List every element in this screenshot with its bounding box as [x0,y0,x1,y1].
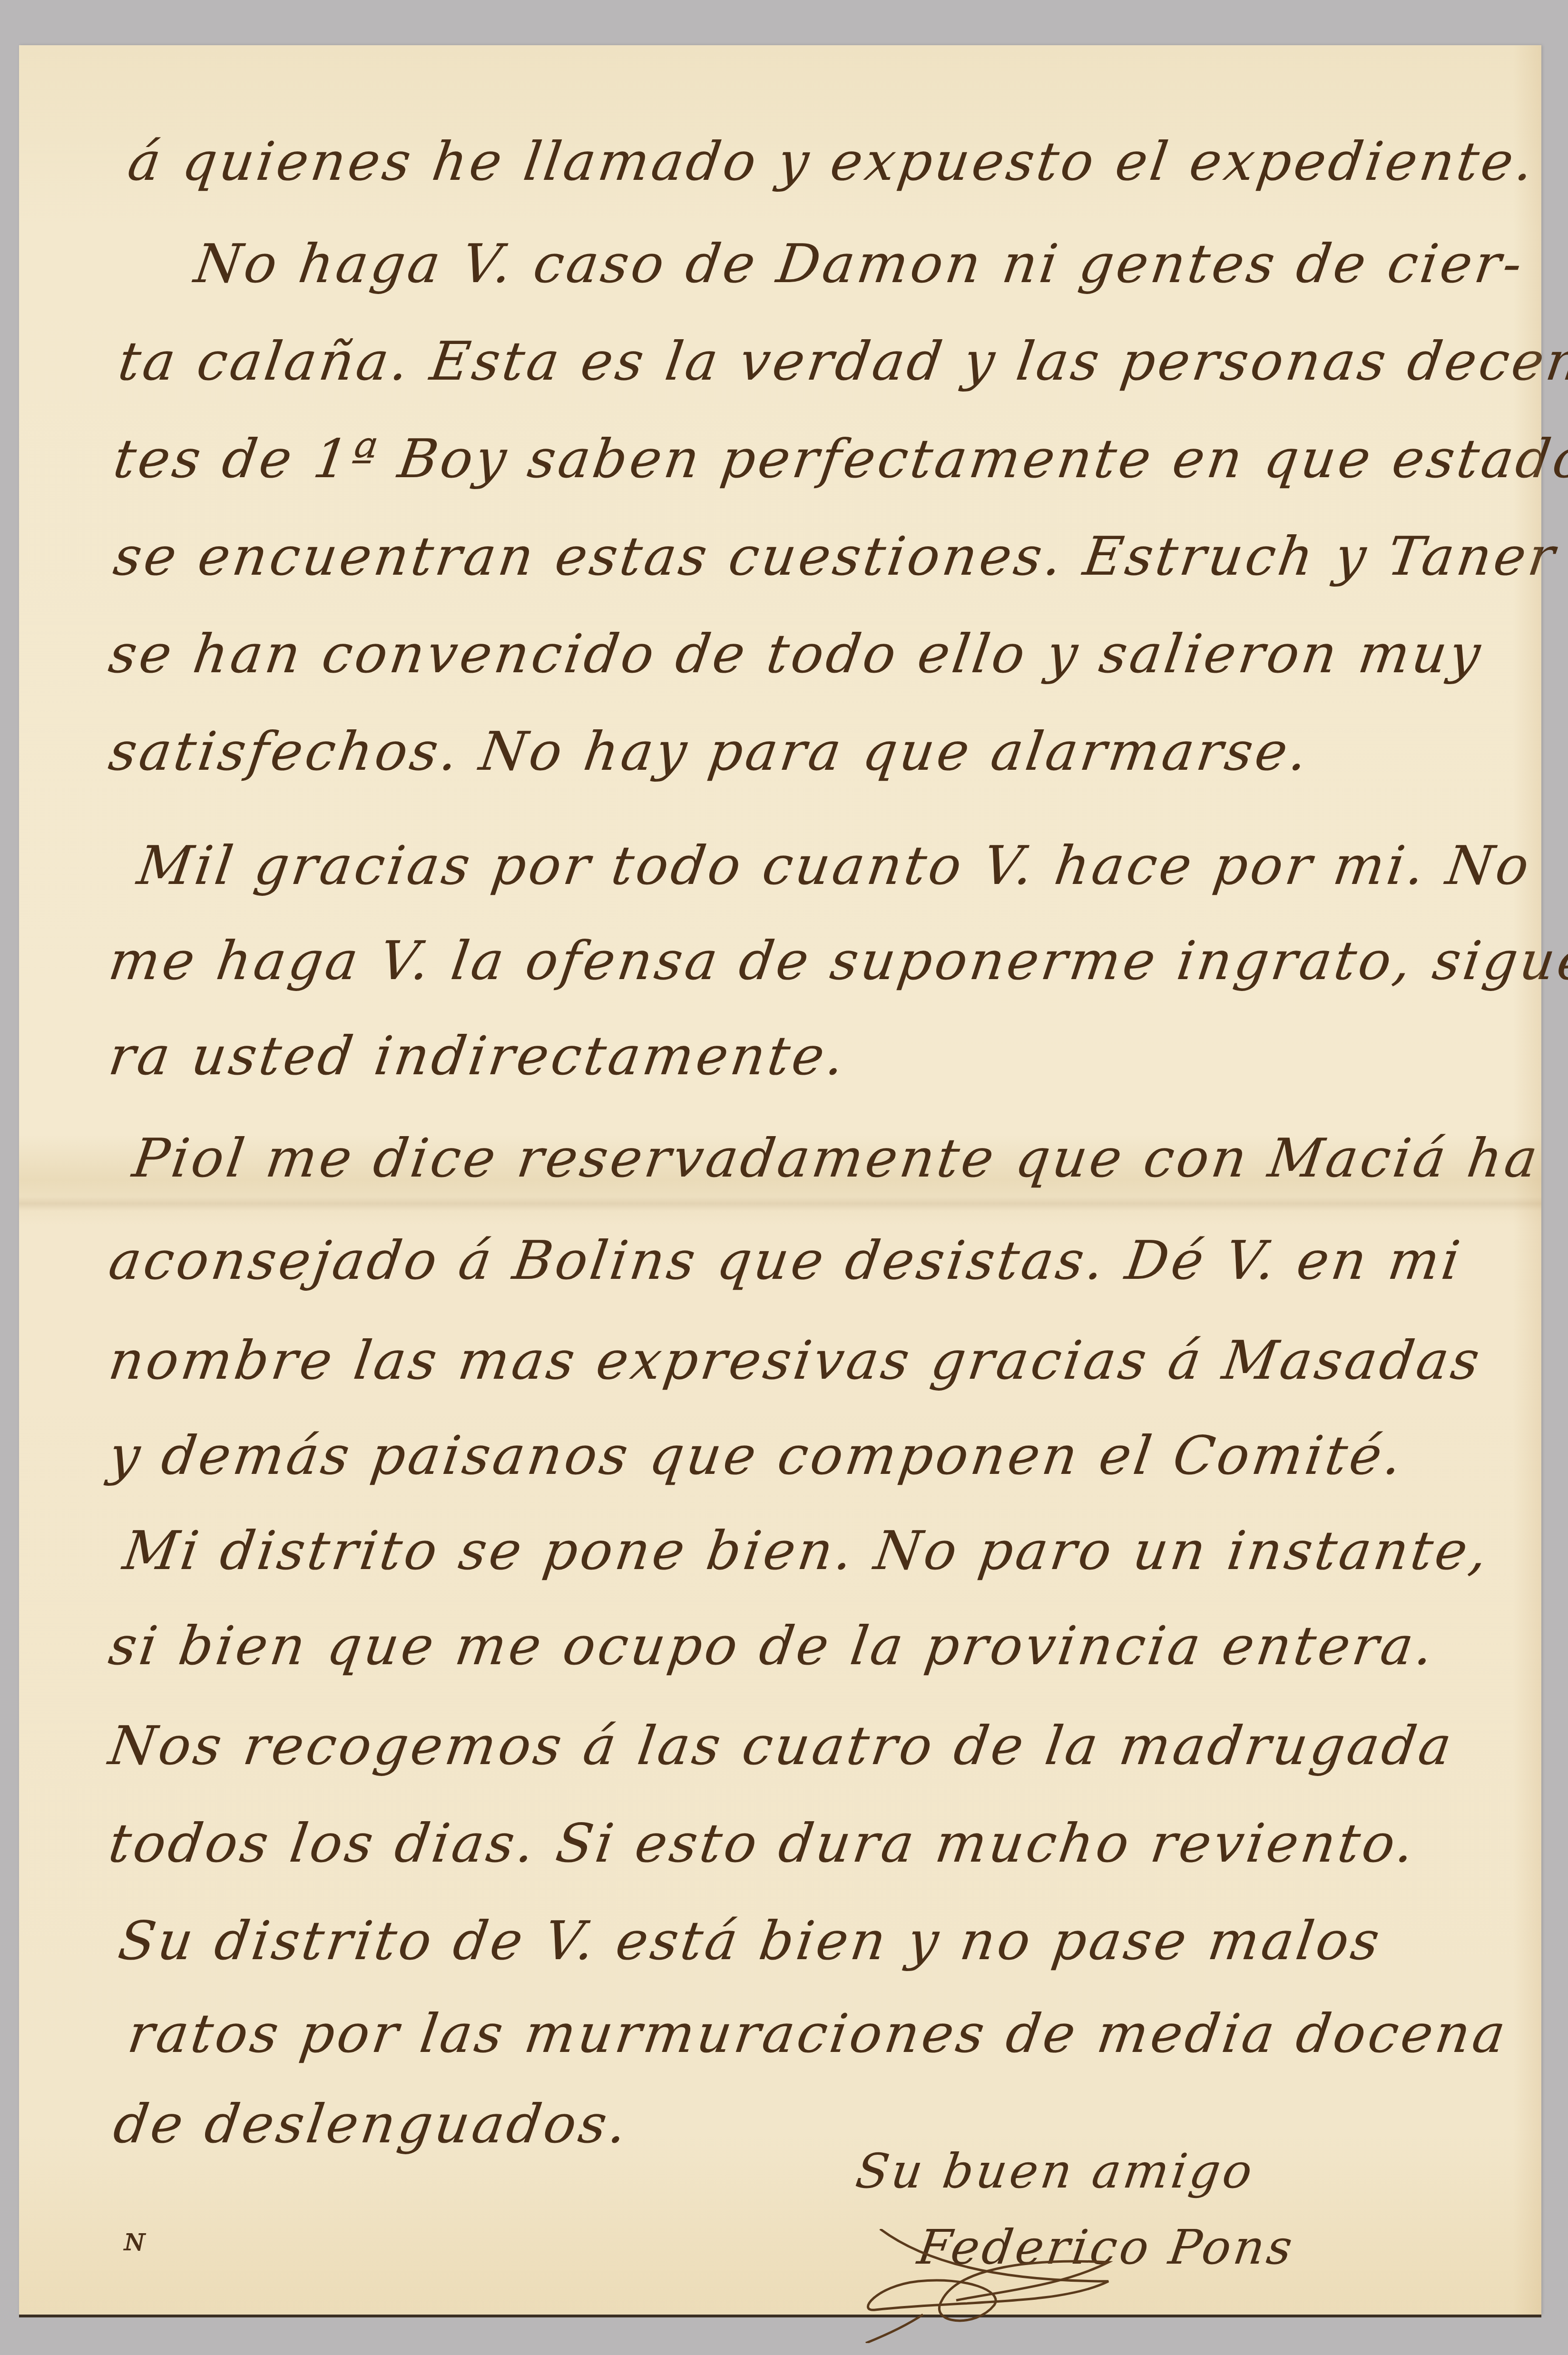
text-line: si bien que me ocupo de la provincia ent… [105,1615,1440,1677]
text-line: me haga V. la ofensa de suponerme ingrat… [105,930,1568,992]
text-line: satisfechos. No hay para que alarmarse. [105,721,1314,783]
closing-text: Su buen amigo [853,2143,1259,2199]
text-line: tes de 1ª Boy saben perfectamente en que… [110,428,1568,490]
text-line: No haga V. caso de Damon ni gentes de ci… [191,233,1529,295]
text-line: Su distrito de V. está bien y no pase ma… [115,1910,1386,1972]
text-line: Mi distrito se pone bien. No paro un ins… [119,1520,1494,1582]
text-line: Mil gracias por todo cuanto V. hace por … [134,835,1536,897]
text-line: ta calaña. Esta es la verdad y las perso… [115,331,1568,392]
text-line: aconsejado á Bolins que desistas. Dé V. … [105,1230,1466,1292]
text-line: de deslenguados. [110,2093,633,2155]
text-line: Piol me dice reservadamente que con Maci… [129,1128,1544,1189]
text-line: Nos recogemos á las cuatro de la madruga… [105,1715,1458,1777]
letter-page: á quienes he llamado y expuesto el exped… [19,45,1541,2315]
signature-flourish-icon [861,2229,1127,2343]
text-line: ratos por las murmuraciones de media doc… [124,2003,1512,2065]
text-line: á quienes he llamado y expuesto el exped… [124,131,1540,193]
text-line: todos los dias. Si esto dura mucho revie… [105,1813,1421,1874]
text-line: se han convencido de todo ello y saliero… [105,623,1487,685]
text-line: se encuentran estas cuestiones. Estruch … [110,526,1561,588]
text-line: y demás paisanos que componen el Comité. [105,1425,1408,1487]
text-line: nombre las mas expresivas gracias á Masa… [105,1330,1486,1392]
margin-mark: ɴ [124,2219,145,2258]
paper-fold [19,1197,1541,1211]
text-line: ra usted indirectamente. [105,1025,851,1087]
